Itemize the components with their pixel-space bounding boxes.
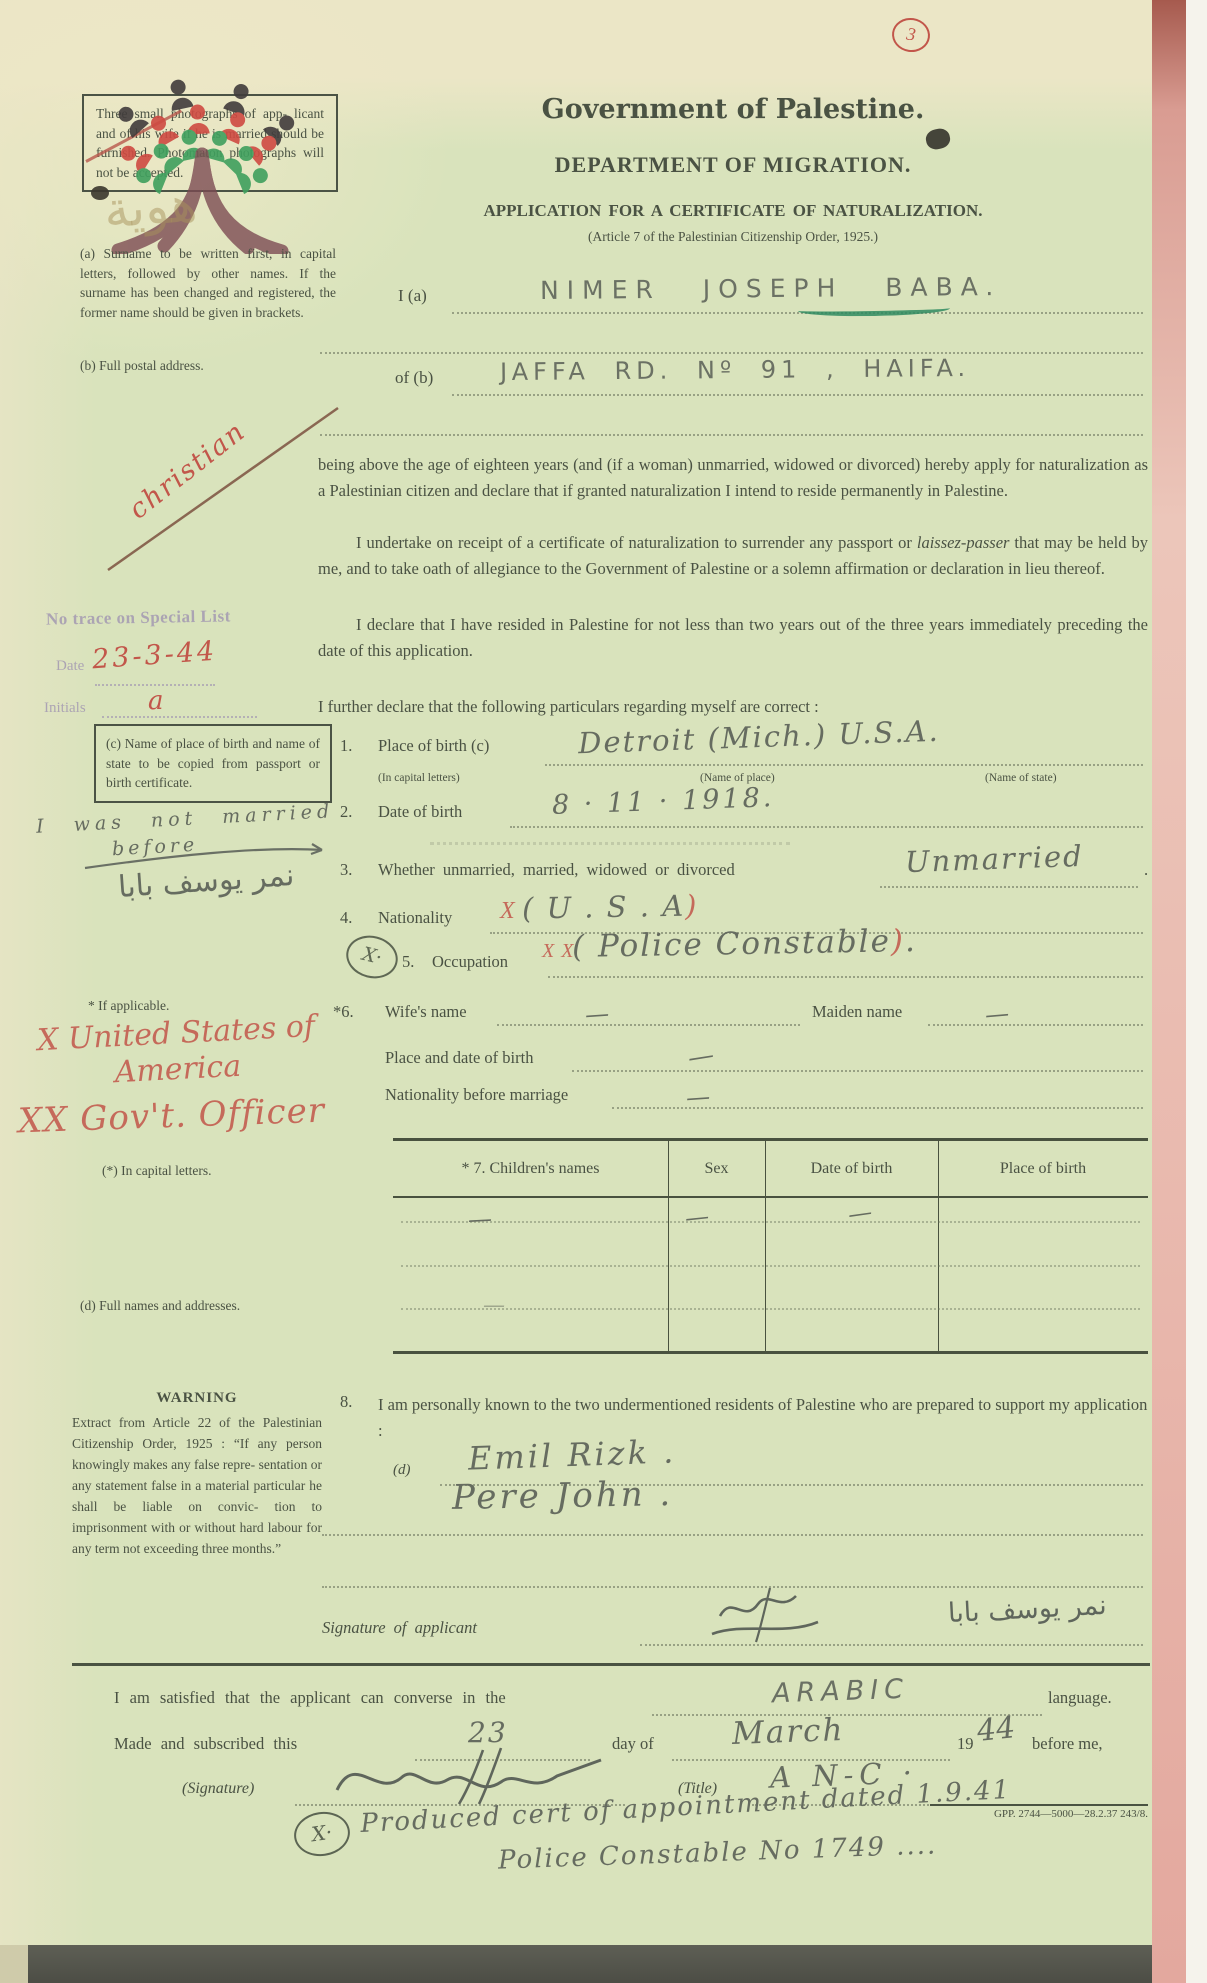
red-note-nationality-text: X United States of America	[36, 1009, 315, 1090]
maiden-name-dash-text: —	[984, 999, 1010, 1029]
item5-label-text: Occupation	[432, 952, 508, 971]
occupation-value: ( Police Constable).	[572, 923, 917, 965]
day-of-label: day of	[612, 1734, 654, 1754]
marital-status-value: Unmarried	[904, 839, 1084, 879]
ruled-line	[510, 826, 1143, 828]
ruled-line	[322, 1534, 1143, 1536]
children-row1-sex-dash-text: —	[684, 1202, 711, 1232]
nationality-value-text: ( U . S . A	[522, 889, 686, 926]
address-value-text: JAFFA RD. Nº 91 , HAIFA.	[500, 354, 970, 386]
item4-label-text: Nationality	[378, 908, 452, 927]
paragraph-undertake-pre: I undertake on receipt of a certificate …	[356, 533, 917, 552]
item5-label: Occupation	[432, 952, 508, 972]
pob-header: Place of birth	[938, 1160, 1148, 1178]
field-i-label-text: I (a)	[398, 286, 427, 305]
converse-text-body: I am satisfied that the applicant can co…	[114, 1688, 506, 1707]
children-table: * 7. Children's names Sex Date of birth …	[393, 1138, 1148, 1354]
margin-note-c-text: (c) Name of place of birth and name of s…	[106, 736, 320, 790]
item1-label: Place of birth (c)	[378, 736, 489, 756]
applicant-signature-label: Signature of applicant	[322, 1618, 477, 1638]
red-note-nationality: X United States of America	[22, 1008, 331, 1096]
month-value-text: March	[731, 1712, 845, 1752]
margin-note-c-box: (c) Name of place of birth and name of s…	[94, 724, 332, 803]
green-ink-underline	[798, 302, 950, 318]
margin-note-b: (b) Full postal address.	[80, 358, 204, 374]
item1-sub-state-text: (Name of state)	[985, 772, 1057, 784]
occupation-value-text: ( Police Constable	[572, 923, 891, 965]
scan-stain	[924, 127, 952, 152]
paragraph-apply: being above the age of eighteen years (a…	[318, 452, 1148, 505]
wife-birth-dash-text: —	[686, 1040, 714, 1073]
applicant-signature-arabic-text: نمر يوسف بابا	[947, 1590, 1107, 1629]
red-note-occupation-text: XX Gov't. Officer	[17, 1091, 325, 1142]
language-value: ARABIC	[772, 1674, 910, 1710]
pencil-circled-x-item5: X·	[342, 930, 403, 983]
applicant-name-text: NIMER JOSEPH BABA.	[540, 272, 1002, 305]
nationality-red-x-text: X	[500, 898, 515, 924]
nationality-close-paren: )	[685, 888, 699, 922]
pencil-circled-x-item5-text: X·	[360, 943, 384, 969]
item1-number: 1.	[340, 736, 352, 756]
field-of-label: of (b)	[395, 368, 433, 388]
date-of-birth-value-text: 8 · 11 · 1918.	[552, 782, 775, 821]
margin-note-d: (d) Full names and addresses.	[80, 1298, 240, 1314]
print-code: GPP. 2744—5000—28.2.37 243/8.	[930, 1804, 1148, 1820]
witness1-value: Emil Rizk .	[467, 1432, 676, 1477]
page-number: 3	[905, 23, 917, 44]
section8-number-text: 8.	[340, 1392, 352, 1411]
paragraph-further: I further declare that the following par…	[318, 697, 1148, 717]
nationality-red-x: X	[500, 898, 515, 925]
wife-nationality-label: Nationality before marriage	[385, 1085, 568, 1105]
maiden-name-dash: —	[984, 999, 1010, 1029]
witness2-value-text: Pere John .	[452, 1474, 674, 1518]
wife-name-dash-text: —	[584, 999, 610, 1029]
item2-label: Date of birth	[378, 802, 462, 822]
section8-d-label: (d)	[393, 1462, 411, 1479]
stamp-initials-rule	[102, 716, 257, 718]
stamp-date-value-text: 23-3-44	[91, 636, 218, 676]
ruled-line	[452, 312, 1143, 314]
margin-note-d-text: (d) Full names and addresses.	[80, 1298, 240, 1313]
item3-label: Whether unmarried, married, widowed or d…	[378, 860, 735, 880]
stamp-date-label: Date	[56, 658, 84, 675]
warning-block: WARNING Extract from Article 22 of the P…	[72, 1390, 322, 1559]
sex-header-text: Sex	[705, 1160, 729, 1177]
year-value-text: 44	[975, 1710, 1017, 1749]
wife-nationality-dash: —	[685, 1082, 711, 1112]
section8-d-label-text: (d)	[393, 1462, 411, 1478]
item4-number-text: 4.	[340, 908, 352, 927]
table-row-rule	[401, 1308, 1140, 1310]
pencil-circled-x-footnote-text: X·	[310, 1820, 334, 1847]
margin-note-capitals: (*) In capital letters.	[102, 1163, 211, 1179]
marital-status-value-text: Unmarried	[904, 839, 1084, 879]
table-divider	[938, 1141, 939, 1351]
item5-number-text: 5.	[402, 952, 414, 971]
application-title-text: APPLICATION FOR A CERTIFICATE OF NATURAL…	[484, 201, 983, 220]
converse-text: I am satisfied that the applicant can co…	[114, 1688, 506, 1708]
application-title: APPLICATION FOR A CERTIFICATE OF NATURAL…	[318, 201, 1148, 221]
officer-signature-label: (Signature)	[182, 1780, 254, 1798]
item2-label-text: Date of birth	[378, 802, 462, 821]
occupation-red-xx-text: X X	[542, 940, 574, 962]
item1-sub-capitals: (In capital letters)	[378, 772, 460, 784]
stamp-initials-label: Initials	[44, 700, 86, 717]
wife-nationality-label-text: Nationality before marriage	[385, 1085, 568, 1104]
wife-birth-label-text: Place and date of birth	[385, 1048, 533, 1067]
item3-number: 3.	[340, 860, 352, 880]
children-row1-dob-dash-text: —	[846, 1197, 874, 1228]
item4-label: Nationality	[378, 908, 452, 928]
children-names-header-text: * 7. Children's names	[462, 1160, 600, 1177]
address-value: JAFFA RD. Nº 91 , HAIFA.	[500, 354, 970, 386]
ruled-line	[320, 434, 1143, 436]
children-row1-names-dash: —	[467, 1204, 492, 1233]
stamp-initials-value: a	[148, 686, 164, 716]
item3-period-text: .	[1144, 860, 1148, 879]
heritage-tree-logo	[52, 34, 352, 254]
red-note-occupation: XX Gov't. Officer	[17, 1091, 325, 1142]
ruled-line	[548, 976, 1143, 978]
item1-sub-state: (Name of state)	[985, 772, 1057, 784]
ruled-line	[497, 1024, 800, 1026]
occupation-red-xx: X X	[542, 940, 574, 963]
witness2-value: Pere John .	[452, 1474, 674, 1518]
paragraph-further-text: I further declare that the following par…	[318, 697, 819, 716]
language-label: language.	[1048, 1688, 1112, 1708]
stamp-date-value: 23-3-44	[91, 636, 218, 676]
wife-nationality-dash-text: —	[685, 1082, 711, 1112]
place-of-birth-value: Detroit (Mich.) U.S.A.	[578, 714, 941, 761]
section8-text: I am personally known to the two underme…	[378, 1392, 1150, 1443]
pencil-margin-note-line1-text: I was not married	[36, 800, 335, 838]
witness1-value-text: Emil Rizk .	[467, 1432, 676, 1477]
margin-note-a: (a) Surname to be written first, in capi…	[80, 244, 336, 322]
stamp-date-label-text: Date	[56, 658, 84, 674]
place-of-birth-value-text: Detroit (Mich.) U.S.A.	[578, 714, 941, 761]
occupation-close-paren: )	[891, 923, 906, 959]
table-divider	[668, 1141, 669, 1351]
footnote-line2: Police Constable No 1749 ....	[498, 1830, 938, 1875]
field-i-label: I (a)	[398, 286, 427, 306]
item2-number: 2.	[340, 802, 352, 822]
pencil-margin-note-line1: I was not married	[36, 800, 335, 838]
ruled-line	[880, 886, 1138, 888]
warning-title-text: WARNING	[156, 1390, 237, 1406]
table-row-rule	[401, 1221, 1140, 1223]
item4-number: 4.	[340, 908, 352, 928]
scan-edge-bottom-bar	[28, 1945, 1152, 1983]
scan-edge-pink-stripe	[1152, 0, 1186, 1983]
department-title: DEPARTMENT OF MIGRATION.	[318, 152, 1148, 178]
faint-pencil-smudge	[430, 842, 790, 845]
item1-number-text: 1.	[340, 736, 352, 755]
scan-corner-bottom-left	[0, 1945, 28, 1983]
page-title: Government of Palestine.	[318, 94, 1148, 125]
paragraph-reside: I declare that I have resided in Palesti…	[318, 612, 1148, 665]
stamp-initials-value-text: a	[148, 686, 164, 716]
paragraph-reside-text: I declare that I have resided in Palesti…	[318, 615, 1148, 660]
ruled-line	[928, 1024, 1143, 1026]
children-row1-dob-dash: —	[846, 1197, 874, 1228]
item1-label-text: Place of birth (c)	[378, 736, 489, 755]
children-names-header: * 7. Children's names	[393, 1160, 668, 1178]
department-title-text: DEPARTMENT OF MIGRATION.	[555, 152, 912, 177]
section-divider	[72, 1663, 1150, 1666]
applicant-signature-arabic: نمر يوسف بابا	[947, 1590, 1107, 1629]
paragraph-undertake-italic: laissez-passer	[917, 533, 1010, 552]
ruled-line	[320, 352, 1143, 354]
pencil-circled-x-footnote: X·	[291, 1808, 353, 1859]
year-printed-text: 19	[957, 1734, 974, 1753]
page-number-badge: 3	[890, 16, 932, 55]
nationality-value: ( U . S . A)	[522, 888, 699, 925]
no-trace-stamp-text: No trace on Special List	[46, 606, 231, 628]
language-label-text: language.	[1048, 1688, 1112, 1707]
section8-text-body: I am personally known to the two underme…	[378, 1395, 1147, 1440]
sex-header: Sex	[668, 1160, 765, 1178]
dob-header: Date of birth	[765, 1160, 938, 1178]
applicant-signature-label-text: Signature of applicant	[322, 1618, 477, 1637]
before-me-label: before me,	[1032, 1734, 1103, 1754]
item3-period: .	[1144, 860, 1148, 880]
applicant-name-value: NIMER JOSEPH BABA.	[540, 272, 1002, 305]
wife-birth-dash: —	[686, 1040, 714, 1073]
margin-note-if-applicable-text: * If applicable.	[88, 998, 169, 1013]
page-title-text: Government of Palestine.	[542, 94, 925, 125]
item5-number: 5.	[402, 952, 414, 972]
stamp-initials-label-text: Initials	[44, 700, 86, 716]
made-subscribed-text-body: Made and subscribed this	[114, 1734, 297, 1753]
children-row3-names-dash: —	[483, 1293, 505, 1318]
dob-header-text: Date of birth	[811, 1160, 893, 1177]
ruled-line	[545, 764, 1143, 766]
item6-number: *6.	[333, 1002, 354, 1022]
margin-note-a-text: (a) Surname to be written first, in capi…	[80, 246, 336, 320]
maiden-name-label-text: Maiden name	[812, 1002, 902, 1021]
item2-number-text: 2.	[340, 802, 352, 821]
margin-note-b-text: (b) Full postal address.	[80, 358, 204, 373]
print-code-text: GPP. 2744—5000—28.2.37 243/8.	[994, 1808, 1148, 1820]
no-trace-stamp: No trace on Special List	[46, 606, 231, 629]
before-me-label-text: before me,	[1032, 1734, 1103, 1753]
applicant-signature-scribble	[700, 1578, 830, 1648]
article-subtitle: (Article 7 of the Palestinian Citizenshi…	[318, 229, 1148, 245]
month-value: March	[731, 1712, 845, 1752]
made-subscribed-text: Made and subscribed this	[114, 1734, 297, 1754]
children-row1-names-dash-text: —	[467, 1204, 492, 1233]
occupation-period: .	[905, 923, 917, 959]
year-printed: 19	[957, 1734, 974, 1754]
item6-number-text: *6.	[333, 1002, 354, 1021]
warning-body-text: Extract from Article 22 of the Palestini…	[72, 1415, 322, 1556]
warning-title: WARNING	[72, 1390, 322, 1407]
footnote-line2-text: Police Constable No 1749 ....	[498, 1830, 938, 1875]
margin-note-capitals-text: (*) In capital letters.	[102, 1163, 211, 1178]
wife-name-dash: —	[584, 999, 610, 1029]
day-of-label-text: day of	[612, 1734, 654, 1753]
table-divider	[765, 1141, 766, 1351]
paragraph-undertake: I undertake on receipt of a certificate …	[318, 530, 1148, 583]
children-row3-names-dash-text: —	[483, 1293, 505, 1318]
arabic-watermark-text: هوية	[102, 175, 199, 239]
arabic-watermark: هوية	[102, 175, 199, 239]
field-of-label-text: of (b)	[395, 368, 433, 387]
children-table-header-row: * 7. Children's names Sex Date of birth …	[393, 1141, 1148, 1198]
section8-number: 8.	[340, 1392, 352, 1412]
pob-header-text: Place of birth	[1000, 1160, 1086, 1177]
wife-name-label-text: Wife's name	[385, 1002, 467, 1021]
wife-birth-label: Place and date of birth	[385, 1048, 533, 1068]
ruled-line	[452, 394, 1143, 396]
date-of-birth-value: 8 · 11 · 1918.	[552, 782, 775, 821]
paragraph-apply-text: being above the age of eighteen years (a…	[318, 455, 1148, 500]
warning-body: Extract from Article 22 of the Palestini…	[72, 1413, 322, 1559]
year-value: 44	[975, 1710, 1017, 1749]
maiden-name-label: Maiden name	[812, 1002, 902, 1022]
children-row1-sex-dash: —	[684, 1202, 711, 1232]
margin-note-if-applicable: * If applicable.	[88, 998, 169, 1014]
wife-name-label: Wife's name	[385, 1002, 467, 1022]
officer-signature-label-text: (Signature)	[182, 1780, 254, 1797]
table-row-rule	[401, 1265, 1140, 1267]
article-subtitle-text: (Article 7 of the Palestinian Citizenshi…	[588, 229, 878, 244]
item3-label-text: Whether unmarried, married, widowed or d…	[378, 860, 735, 879]
item3-number-text: 3.	[340, 860, 352, 879]
scan-edge-white-stripe	[1186, 0, 1207, 1983]
ruled-line	[572, 1070, 1143, 1072]
scanned-naturalization-form: 3 Three small photographs of app- licant…	[0, 0, 1207, 1983]
item1-sub-capitals-text: (In capital letters)	[378, 772, 460, 784]
language-value-text: ARABIC	[772, 1674, 910, 1710]
